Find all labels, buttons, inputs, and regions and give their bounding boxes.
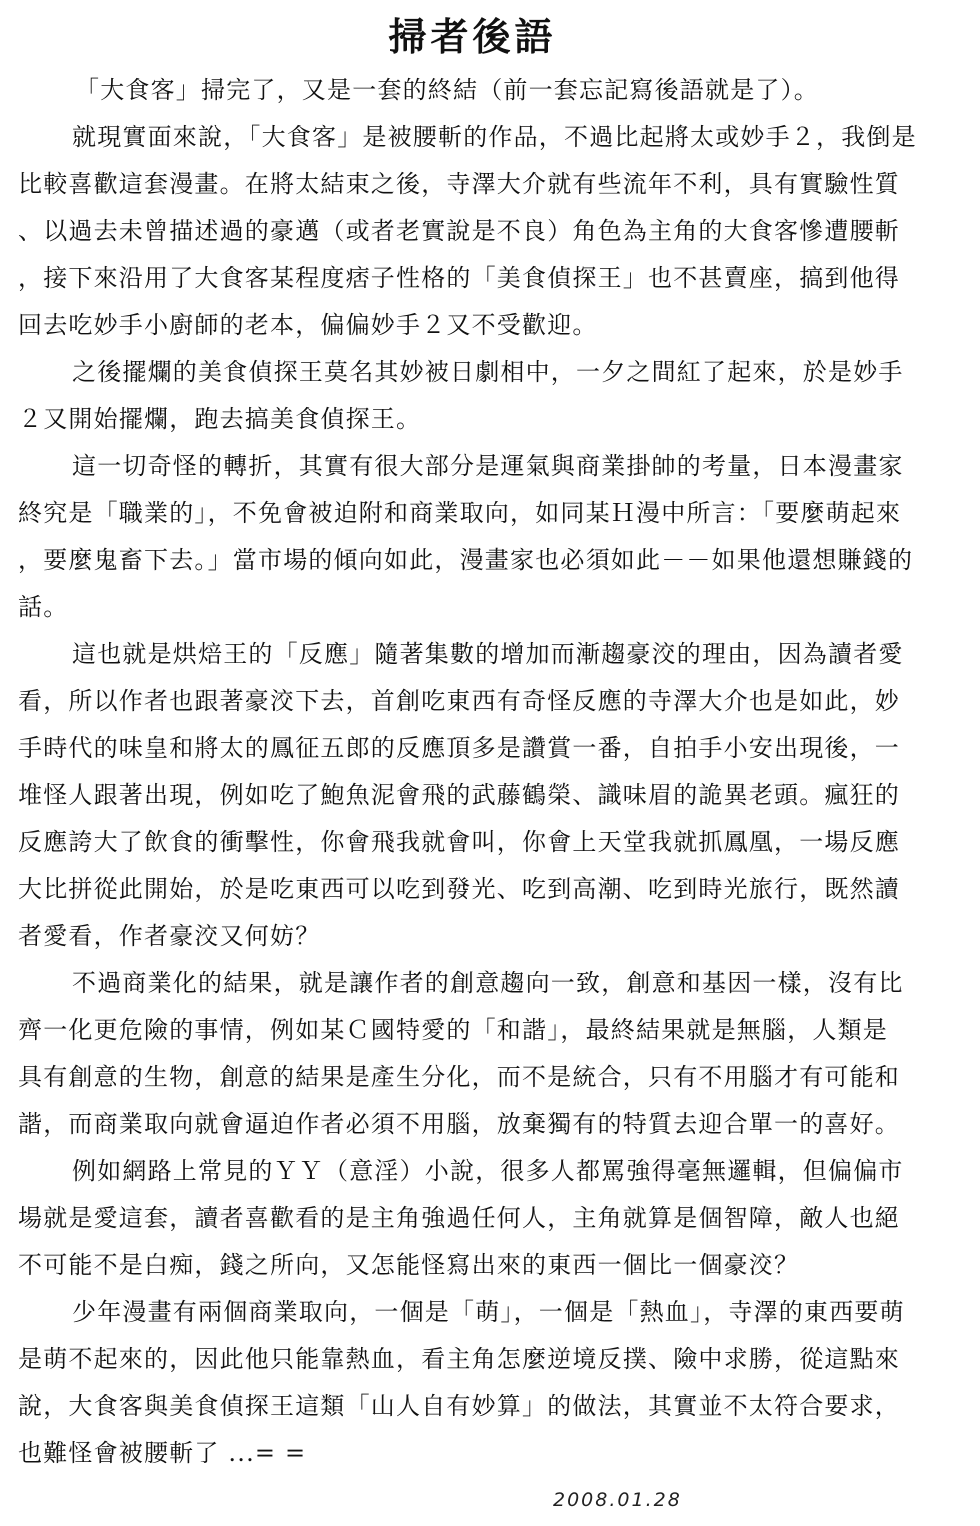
paragraph-line: 、以過去未曾描述過的豪邁（或者老實說是不良）角色為主角的大食客慘遭腰斬 xyxy=(18,216,968,246)
paragraph-line: 例如網路上常見的ＹＹ（意淫）小說，很多人都罵強得毫無邏輯，但偏偏市 xyxy=(72,1156,980,1186)
afterword-page: 掃者後語 「大食客」掃完了，又是一套的終結（前一套忘記寫後語就是了）。 就現實面… xyxy=(0,0,980,1526)
paragraph-line: 齊一化更危險的事情，例如某Ｃ國特愛的「和諧」，最終結果就是無腦，人類是 xyxy=(18,1015,968,1045)
paragraph-line: 就現實面來說，「大食客」是被腰斬的作品，不過比起將太或妙手２，我倒是 xyxy=(72,122,980,152)
paragraph-line: 具有創意的生物，創意的結果是產生分化，而不是統合，只有不用腦才有可能和 xyxy=(18,1062,968,1092)
paragraph-line: 終究是「職業的」，不免會被迫附和商業取向，如同某Ｈ漫中所言：「要麼萌起來 xyxy=(18,498,968,528)
page-title: 掃者後語 xyxy=(0,12,945,62)
paragraph-line: 這一切奇怪的轉折，其實有很大部分是運氣與商業掛帥的考量，日本漫畫家 xyxy=(72,451,980,481)
paragraph-line: 者愛看，作者豪洨又何妨？ xyxy=(18,921,968,951)
paragraph-line: 少年漫畫有兩個商業取向，一個是「萌」，一個是「熱血」，寺澤的東西要萌 xyxy=(72,1297,980,1327)
paragraph-line: 堆怪人跟著出現，例如吃了鮑魚泥會飛的武藤鶴榮、識味眉的詭異老頭。瘋狂的 xyxy=(18,780,968,810)
paragraph-line: 不可能不是白痴，錢之所向，又怎能怪寫出來的東西一個比一個豪洨？ xyxy=(18,1250,968,1280)
paragraph-line: 是萌不起來的，因此他只能靠熱血，看主角怎麼逆境反撲、險中求勝，從這點來 xyxy=(18,1344,968,1374)
paragraph-line: 比較喜歡這套漫畫。在將太結束之後，寺澤大介就有些流年不利，具有實驗性質 xyxy=(18,169,968,199)
paragraph-line: 也難怪會被腰斬了 ...= = xyxy=(18,1438,968,1468)
paragraph-line: 說，大食客與美食偵探王這類「山人自有妙算」的做法，其實並不太符合要求， xyxy=(18,1391,968,1421)
paragraph-line: 諧，而商業取向就會逼迫作者必須不用腦，放棄獨有的特質去迎合單一的喜好。 xyxy=(18,1109,968,1139)
paragraph-line: 這也就是烘焙王的「反應」隨著集數的增加而漸趨豪洨的理由，因為讀者愛 xyxy=(72,639,980,669)
paragraph-line: ，接下來沿用了大食客某程度痞子性格的「美食偵探王」也不甚賣座，搞到他得 xyxy=(18,263,968,293)
paragraph-line: 不過商業化的結果，就是讓作者的創意趨向一致，創意和基因一樣，沒有比 xyxy=(72,968,980,998)
paragraph-line: ，要麼鬼畜下去。」當市場的傾向如此，漫畫家也必須如此－－如果他還想賺錢的 xyxy=(18,545,968,575)
paragraph-line: 看，所以作者也跟著豪洨下去，首創吃東西有奇怪反應的寺澤大介也是如此，妙 xyxy=(18,686,968,716)
paragraph-line: 「大食客」掃完了，又是一套的終結（前一套忘記寫後語就是了）。 xyxy=(75,75,980,105)
paragraph-line: 反應誇大了飲食的衝擊性，你會飛我就會叫，你會上天堂我就抓鳳凰，一場反應 xyxy=(18,827,968,857)
paragraph-line: 之後擺爛的美食偵探王莫名其妙被日劇相中，一夕之間紅了起來，於是妙手 xyxy=(72,357,980,387)
paragraph-line: 場就是愛這套，讀者喜歡看的是主角強過任何人，主角就算是個智障，敵人也絕 xyxy=(18,1203,968,1233)
signature-date: 2008.01.28 xyxy=(553,1488,682,1512)
paragraph-line: 回去吃妙手小廚師的老本，偏偏妙手２又不受歡迎。 xyxy=(18,310,968,340)
paragraph-line: ２又開始擺爛，跑去搞美食偵探王。 xyxy=(18,404,968,434)
paragraph-line: 話。 xyxy=(18,592,968,622)
paragraph-line: 手時代的味皇和將太的鳳征五郎的反應頂多是讚賞一番，自拍手小安出現後，一 xyxy=(18,733,968,763)
paragraph-line: 大比拼從此開始，於是吃東西可以吃到發光、吃到高潮、吃到時光旅行，既然讀 xyxy=(18,874,968,904)
